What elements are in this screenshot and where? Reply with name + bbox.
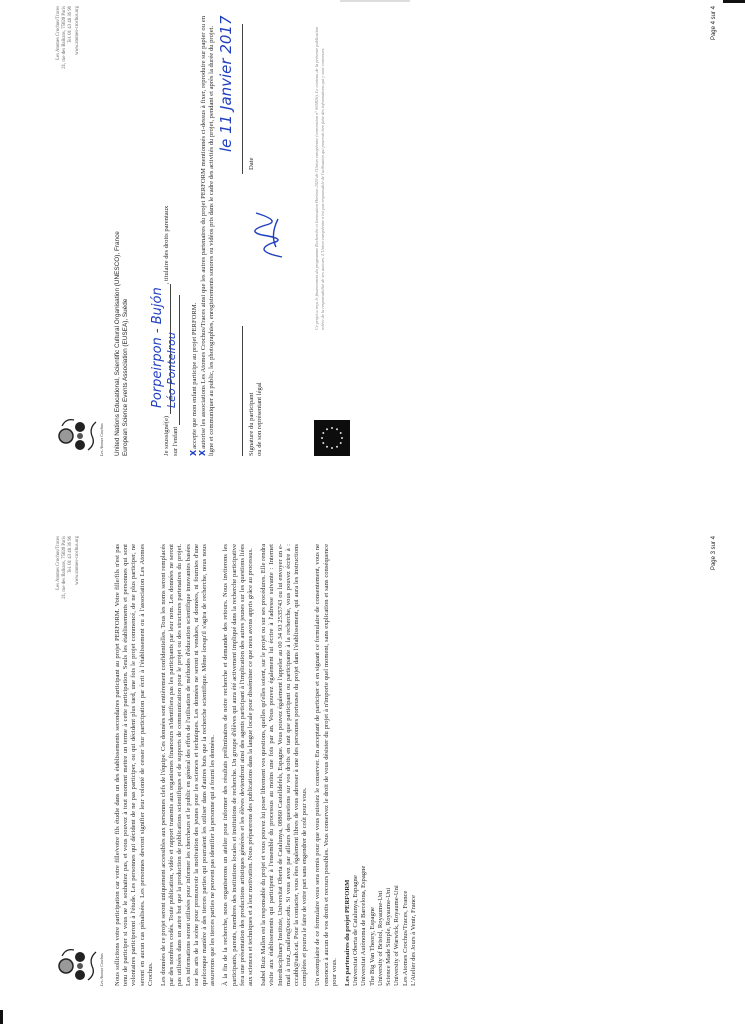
contact-block: Les Atomes Crochus/Traces 21, rue des Ba… [56,6,81,69]
child-label: sur l'enfant [172,427,179,456]
partner-org: United Nations Educational, Scientific C… [114,26,122,456]
partner-item: University of Bristol, Royaume-Uni [377,544,385,986]
scan-edge-mark [0,1010,3,1024]
partner-item: L'Atelier des Jours à Venir, France [410,544,418,986]
paragraph-participation: Nous sollicitons votre participation car… [114,544,155,986]
signature-label-line: Signature du participant [248,382,256,456]
partner-item: Universitat Oberta de Catalunya, Espagne [352,544,360,986]
eu-funding-notice: Ce projet a reçu le financement du progr… [314,20,326,330]
contact-block: Les Atomes Crochus/Traces 21, rue des Ba… [56,536,81,599]
paragraph-copy: Un exemplaire de ce formulaire vous sera… [314,544,339,986]
checkbox-checked-icon[interactable]: X [198,450,207,456]
partner-item: Les Atomes Crochus/Traces, France [402,544,410,986]
partner-item: University of Warwick, Royaume-Uni [393,544,401,986]
signature-label: Signature du participant ou de son repré… [248,382,264,456]
paragraph-workshop: À la fin de la recherche, nous organiser… [222,544,255,986]
partner-item: Universitat Autònoma de Barcelona, Espag… [360,544,368,986]
handwritten-date[interactable]: le 11 Janvier 2017 [222,15,230,152]
page-number: Page 4 sur 4 [710,6,718,40]
atomes-crochus-logo-icon [56,414,100,456]
consent-text: autorise les associations Les Atomes Cro… [200,16,215,456]
partner-orgs: United Nations Educational, Scientific C… [114,26,130,456]
partner-org: European Science Events Association (EUS… [122,26,130,456]
date-label: Date [248,158,256,170]
partner-item: Science Made Simple, Royaume-Uni [385,544,393,986]
partners-title: Les partenaires du projet PERFORM [344,544,352,986]
signature-line [242,326,243,456]
paragraph-contact: Isabel Ruiz Mallen est la responsable du… [260,544,309,986]
consent-check-participation[interactable]: Xaccepte que mon enfant participe au pro… [190,16,199,456]
page-number: Page 3 sur 4 [710,536,718,570]
handwritten-undersigned: Porpeirpon - Bujón [154,287,162,408]
paragraph-data-privacy: Les données de ce projet seront uniqueme… [160,544,217,986]
partner-item: The Big Van Theory, Espagne [369,544,377,986]
page3-body: Nous sollicitons votre participation car… [114,544,418,986]
handwritten-child: Léo Pontelrou [168,332,176,408]
consent-text: accepte que mon enfant participe au proj… [191,303,198,449]
undersigned-section: Je soussigné(e) , titulaire des droits p… [162,16,180,456]
contact-line: www.atomes-crochus.org [75,6,81,69]
signature-label-line: ou de son représentant légal [256,382,264,456]
page-3: Les Atomes Crochus Les Atomes Crochus/Tr… [52,530,732,1000]
atomes-crochus-logo-icon [56,944,100,986]
handwritten-signature-icon[interactable] [242,205,297,265]
logo-caption: Les Atomes Crochus [98,953,106,986]
logo-caption: Les Atomes Crochus [98,423,106,456]
contact-line: www.atomes-crochus.org [75,536,81,599]
page-4: Les Atomes Crochus Les Atomes Crochus/Tr… [52,0,732,470]
eu-flag-icon [314,420,350,456]
checkbox-checked-icon[interactable]: X [189,450,198,456]
consent-check-media[interactable]: Xautorise les associations Les Atomes Cr… [199,16,216,456]
consent-checks: Xaccepte que mon enfant participe au pro… [190,16,217,456]
undersigned-label: Je soussigné(e) [163,416,170,456]
date-line [242,24,243,174]
parental-rights-text: , titulaire des droits parentaux [163,206,170,285]
